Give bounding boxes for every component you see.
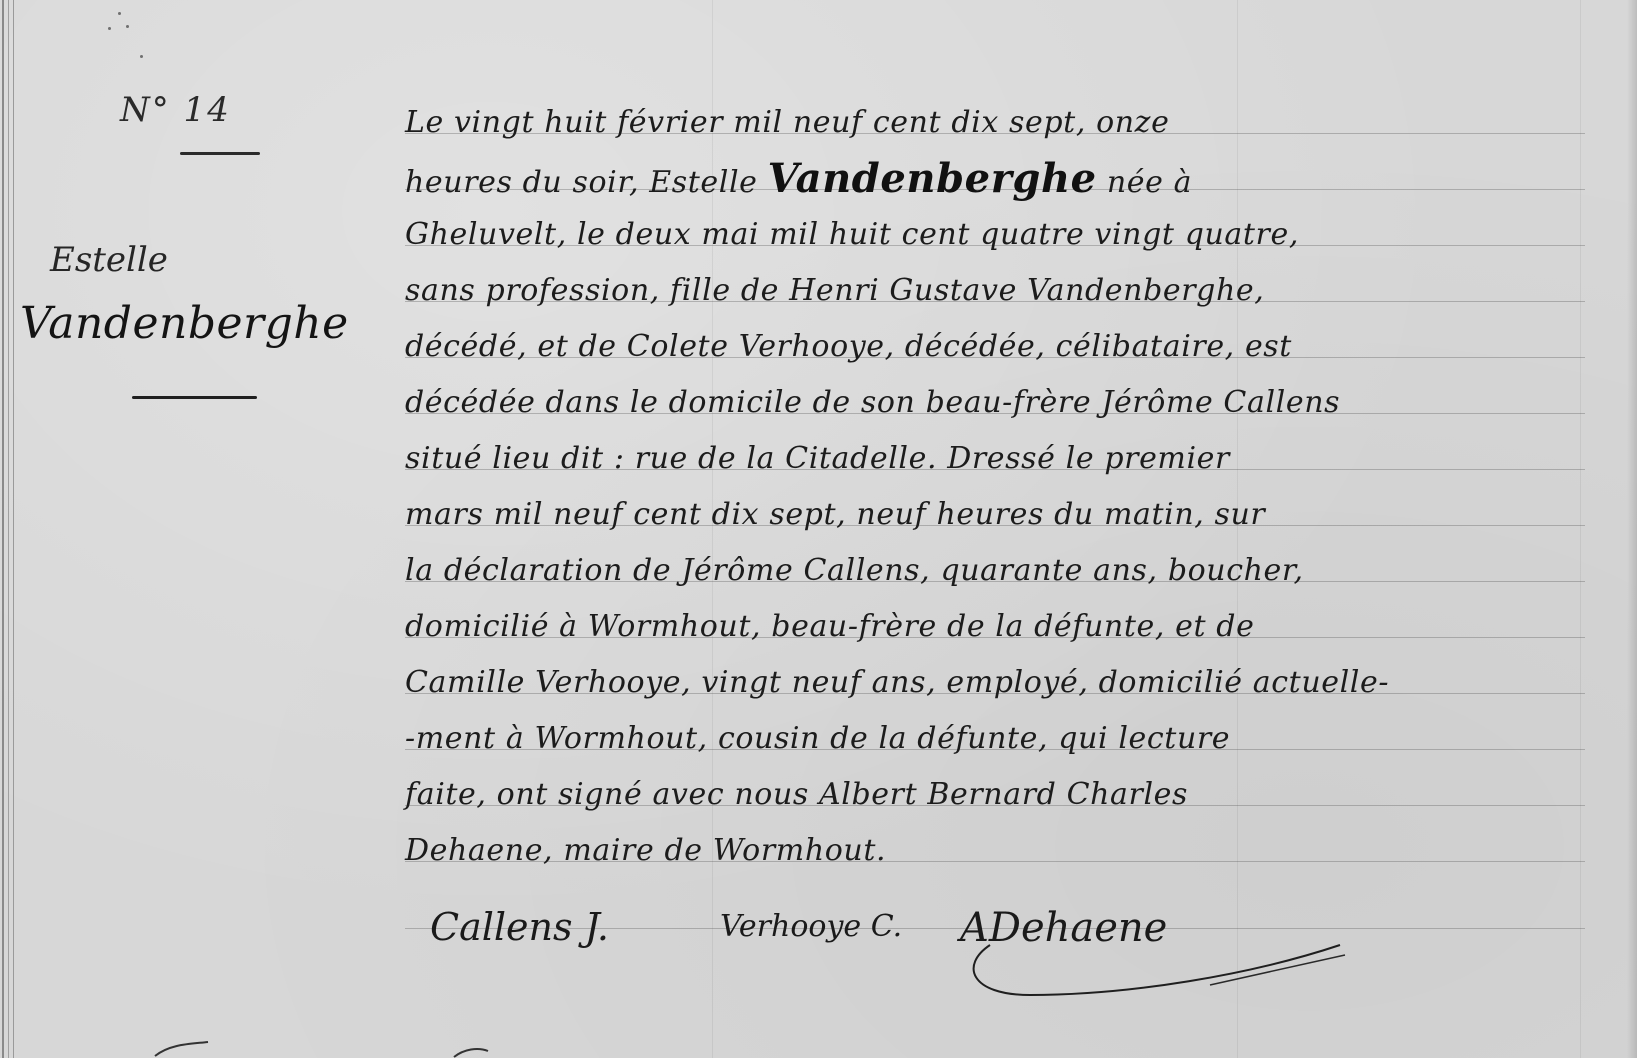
act-number: N° 14: [120, 90, 231, 130]
next-entry-flourish-icon: [150, 1040, 210, 1058]
margin-given-name: Estelle: [50, 240, 168, 280]
record-line: -ment à Wormhout, cousin de la défunte, …: [405, 711, 1585, 767]
record-line: Dehaene, maire de Wormhout.: [405, 823, 1585, 879]
line-text: domicilié à Wormhout, beau-frère de la d…: [405, 609, 1254, 644]
signature-verhooye: Verhooye C.: [720, 909, 902, 944]
line-text: la déclaration de Jérôme Callens, quaran…: [405, 553, 1304, 588]
line-text: née à: [1097, 165, 1192, 200]
record-line: Le vingt huit février mil neuf cent dix …: [405, 95, 1585, 151]
record-line: heures du soir, Estelle Vandenberghe née…: [405, 151, 1585, 207]
signature-flourish-icon: [950, 925, 1350, 1005]
paper-speck: [118, 12, 121, 15]
page-edge-shadow: [1627, 0, 1637, 1058]
binding-rule: [2, 0, 4, 1058]
record-line: sans profession, fille de Henri Gustave …: [405, 263, 1585, 319]
record-line: décédé, et de Colete Verhooye, décédée, …: [405, 319, 1585, 375]
next-entry-flourish-icon: [450, 1045, 490, 1058]
binding-rule: [8, 0, 9, 1058]
paper-speck: [140, 55, 143, 58]
record-body: Le vingt huit février mil neuf cent dix …: [405, 95, 1585, 879]
paper-speck: [108, 27, 111, 30]
line-text: Dehaene, maire de Wormhout.: [405, 833, 886, 868]
record-line: situé lieu dit : rue de la Citadelle. Dr…: [405, 431, 1585, 487]
line-text: Le vingt huit février mil neuf cent dix …: [405, 105, 1169, 140]
record-line: domicilié à Wormhout, beau-frère de la d…: [405, 599, 1585, 655]
line-text: sans profession, fille de Henri Gustave …: [405, 273, 1264, 308]
line-text: -ment à Wormhout, cousin de la défunte, …: [405, 721, 1230, 756]
line-text: faite, ont signé avec nous Albert Bernar…: [405, 777, 1188, 812]
line-text: Camille Verhooye, vingt neuf ans, employ…: [405, 665, 1389, 700]
line-text: heures du soir, Estelle: [405, 165, 768, 200]
line-text: Gheluvelt, le deux mai mil huit cent qua…: [405, 217, 1299, 252]
record-line: décédée dans le domicile de son beau-frè…: [405, 375, 1585, 431]
record-line: mars mil neuf cent dix sept, neuf heures…: [405, 487, 1585, 543]
margin-surname: Vandenberghe: [20, 298, 349, 349]
record-line: Gheluvelt, le deux mai mil huit cent qua…: [405, 207, 1585, 263]
record-line: la déclaration de Jérôme Callens, quaran…: [405, 543, 1585, 599]
line-text: situé lieu dit : rue de la Citadelle. Dr…: [405, 441, 1230, 476]
margin-column: N° 14 Estelle Vandenberghe: [20, 70, 380, 430]
act-number-underline: [180, 152, 260, 155]
record-line: Camille Verhooye, vingt neuf ans, employ…: [405, 655, 1585, 711]
paper-speck: [126, 25, 129, 28]
line-text: décédée dans le domicile de son beau-frè…: [405, 385, 1340, 420]
register-page: N° 14 Estelle Vandenberghe Le vingt huit…: [0, 0, 1637, 1058]
line-text: mars mil neuf cent dix sept, neuf heures…: [405, 497, 1265, 532]
record-line: faite, ont signé avec nous Albert Bernar…: [405, 767, 1585, 823]
binding-rule: [13, 0, 14, 1058]
line-text: décédé, et de Colete Verhooye, décédée, …: [405, 329, 1292, 364]
signature-callens: Callens J.: [430, 905, 609, 949]
deceased-surname: Vandenberghe: [768, 155, 1097, 202]
signatures-block: Callens J. Verhooye C. ADehaene: [430, 905, 1430, 1005]
margin-surname-underline: [132, 396, 257, 399]
